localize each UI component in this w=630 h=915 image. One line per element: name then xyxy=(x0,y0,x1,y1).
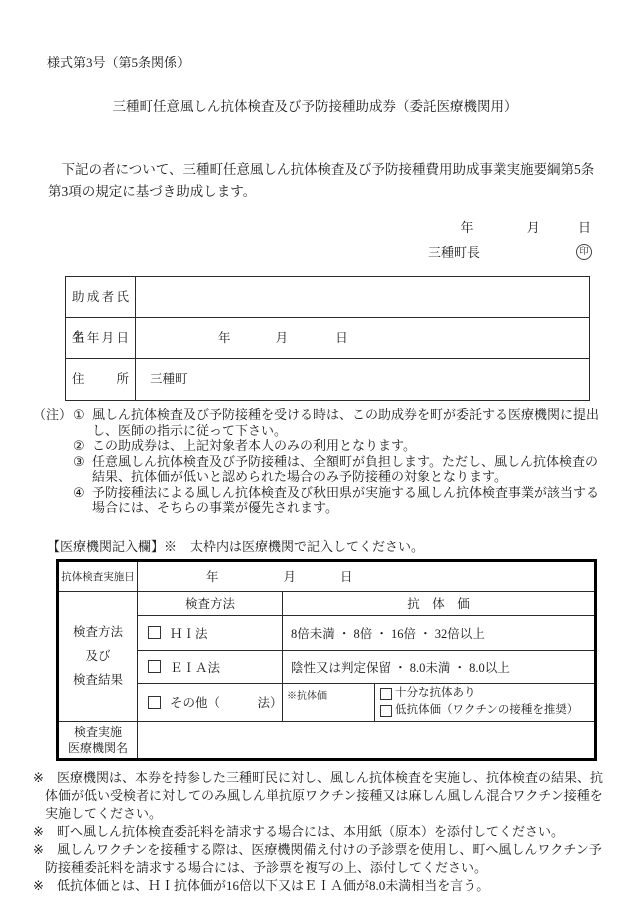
low-titer-checkbox[interactable] xyxy=(380,705,392,717)
medical-section-heading: 【医療機関記入欄】※ 太枠内は医療機関で記入してください。 xyxy=(47,536,630,555)
address-value: 三種町 xyxy=(136,359,589,400)
exam-month-label: 月 xyxy=(284,567,297,585)
footer-notes: ※ 医療機関は、本券を持参した三種町民に対し、風しん抗体検査を実施し、抗体検査の… xyxy=(33,769,603,895)
method-column-header: 検査方法 xyxy=(138,592,283,616)
address-label: 住所 xyxy=(66,359,136,400)
other-method-checkbox[interactable] xyxy=(148,696,161,709)
note-item: （注）①風しん抗体検査及び予防接種を受ける時は、この助成券を町が委託する医療機関… xyxy=(33,407,600,438)
other-method-label: その他（ 法） xyxy=(170,693,282,711)
recipient-table: 助成者氏名 生年月日 年 月 日 住所 三種町 xyxy=(65,276,590,401)
footer-note-text: 低抗体価とは、ＨＩ抗体価が16倍以下又はＥＩＡ価が8.0未満相当を言う。 xyxy=(57,878,489,893)
note-item: ③任意風しん抗体検査及び予防接種は、全額町が負担します。ただし、風しん抗体検査の… xyxy=(73,454,600,485)
eia-method-cell: ＥＩＡ法 xyxy=(138,651,283,684)
sufficient-antibody-checkbox[interactable] xyxy=(380,688,392,700)
birth-month-label: 月 xyxy=(276,331,289,345)
eia-titer-options: 陰性又は判定保留 ・ 8.0未満 ・ 8.0以上 xyxy=(283,651,594,684)
other-method-cell: その他（ 法） xyxy=(138,684,283,722)
titer-result-options: 十分な抗体あり 低抗体価（ワクチンの接種を推奨） xyxy=(375,684,594,722)
hi-method-label: ＨＩ法 xyxy=(170,624,208,642)
birth-day-label: 日 xyxy=(335,331,348,345)
footer-note-marker: ※ xyxy=(33,877,57,895)
note-number: ① xyxy=(73,407,92,423)
exam-year-label: 年 xyxy=(206,567,219,585)
titer-note-label: ※抗体価 xyxy=(283,684,375,722)
issue-day-label: 日 xyxy=(578,220,591,235)
method-result-label: 検査方法 及び 検査結果 xyxy=(59,592,138,722)
note-item: ②この助成券は、上記対象者本人のみの利用となります。 xyxy=(73,438,600,454)
footer-note: ※ 低抗体価とは、ＨＩ抗体価が16倍以下又はＥＩＡ価が8.0未満相当を言う。 xyxy=(33,877,603,895)
note-number: ③ xyxy=(73,454,92,470)
mayor-line: 三種町長 印 xyxy=(428,242,592,261)
low-titer-option: 低抗体価（ワクチンの接種を推奨） xyxy=(380,702,578,719)
footer-note: ※ 風しんワクチンを接種する際は、医療機関備え付けの予診票を使用し、町へ風しんワ… xyxy=(33,841,603,877)
titer-column-header: 抗 体 価 xyxy=(283,592,594,616)
birth-date-label: 生年月日 xyxy=(66,318,136,359)
hi-method-checkbox[interactable] xyxy=(148,626,161,639)
intro-paragraph: 下記の者について、三種町任意風しん抗体検査及び予防接種費用助成事業実施要綱第5条… xyxy=(48,159,596,203)
hi-titer-options: 8倍未満 ・ 8倍 ・ 16倍 ・ 32倍以上 xyxy=(283,616,594,651)
document-page: 様式第3号（第5条関係） 三種町任意風しん抗体検査及び予防接種助成券（委託医療機… xyxy=(0,0,630,915)
note-text: 風しん抗体検査及び予防接種を受ける時は、この助成券を町が委託する医療機関に提出し… xyxy=(92,407,599,438)
seal-stamp-icon: 印 xyxy=(576,244,592,260)
eia-method-label: ＥＩＡ法 xyxy=(170,658,220,676)
footer-note: ※ 医療機関は、本券を持参した三種町民に対し、風しん抗体検査を実施し、抗体検査の… xyxy=(33,769,603,823)
exam-date-value: 年 月 日 xyxy=(138,562,594,592)
notes-marker: （注） xyxy=(33,407,73,423)
exam-date-label: 抗体検査実施日 xyxy=(59,562,138,592)
footer-note-marker: ※ xyxy=(33,823,57,841)
birth-year-label: 年 xyxy=(218,331,231,345)
birth-date-value: 年 月 日 xyxy=(136,318,589,359)
note-number: ② xyxy=(73,438,92,454)
page-title: 三種町任意風しん抗体検査及び予防接種助成券（委託医療機関用） xyxy=(0,95,630,115)
footer-note: ※ 町へ風しん抗体検査委託料を請求する場合には、本用紙（原本）を添付してください… xyxy=(33,823,603,841)
notes-section: （注）①風しん抗体検査及び予防接種を受ける時は、この助成券を町が委託する医療機関… xyxy=(33,407,600,516)
note-text: この助成券は、上記対象者本人のみの利用となります。 xyxy=(92,438,416,453)
eia-method-checkbox[interactable] xyxy=(148,660,161,673)
note-item: ④予防接種法による風しん抗体検査及び秋田県が実施する風しん抗体検査事業が該当する… xyxy=(73,485,600,516)
footer-note-text: 風しんワクチンを接種する際は、医療機関備え付けの予診票を使用し、町へ風しんワクチ… xyxy=(45,842,602,875)
clinic-name-label: 検査実施 医療機関名 xyxy=(59,722,138,758)
note-text: 予防接種法による風しん抗体検査及び秋田県が実施する風しん抗体検査事業が該当する場… xyxy=(92,485,599,516)
recipient-name-value xyxy=(136,277,589,318)
recipient-name-label: 助成者氏名 xyxy=(66,277,136,318)
note-text: 任意風しん抗体検査及び予防接種は、全額町が負担します。ただし、風しん抗体検査の結… xyxy=(92,454,598,485)
footer-note-marker: ※ xyxy=(33,841,57,859)
low-titer-label: 低抗体価（ワクチンの接種を推奨） xyxy=(395,702,578,719)
form-number: 様式第3号（第5条関係） xyxy=(47,52,630,71)
medical-entry-table: 抗体検査実施日 年 月 日 検査方法 及び 検査結果 検査方法 抗 体 価 ＨＩ… xyxy=(56,559,597,761)
footer-note-text: 町へ風しん抗体検査委託料を請求する場合には、本用紙（原本）を添付してください。 xyxy=(57,824,564,839)
sufficient-antibody-option: 十分な抗体あり xyxy=(380,685,476,702)
exam-day-label: 日 xyxy=(340,567,353,585)
issue-month-label: 月 xyxy=(527,220,540,235)
footer-note-text: 医療機関は、本券を持参した三種町民に対し、風しん抗体検査を実施し、抗体検査の結果… xyxy=(45,770,603,821)
clinic-name-value xyxy=(138,722,594,758)
hi-method-cell: ＨＩ法 xyxy=(138,616,283,651)
sufficient-antibody-label: 十分な抗体あり xyxy=(395,685,476,702)
footer-note-marker: ※ xyxy=(33,769,57,787)
issue-year-label: 年 xyxy=(460,220,473,235)
issue-date-line: 年 月 日 xyxy=(0,217,630,236)
mayor-label: 三種町長 xyxy=(428,242,480,261)
note-number: ④ xyxy=(73,485,92,501)
